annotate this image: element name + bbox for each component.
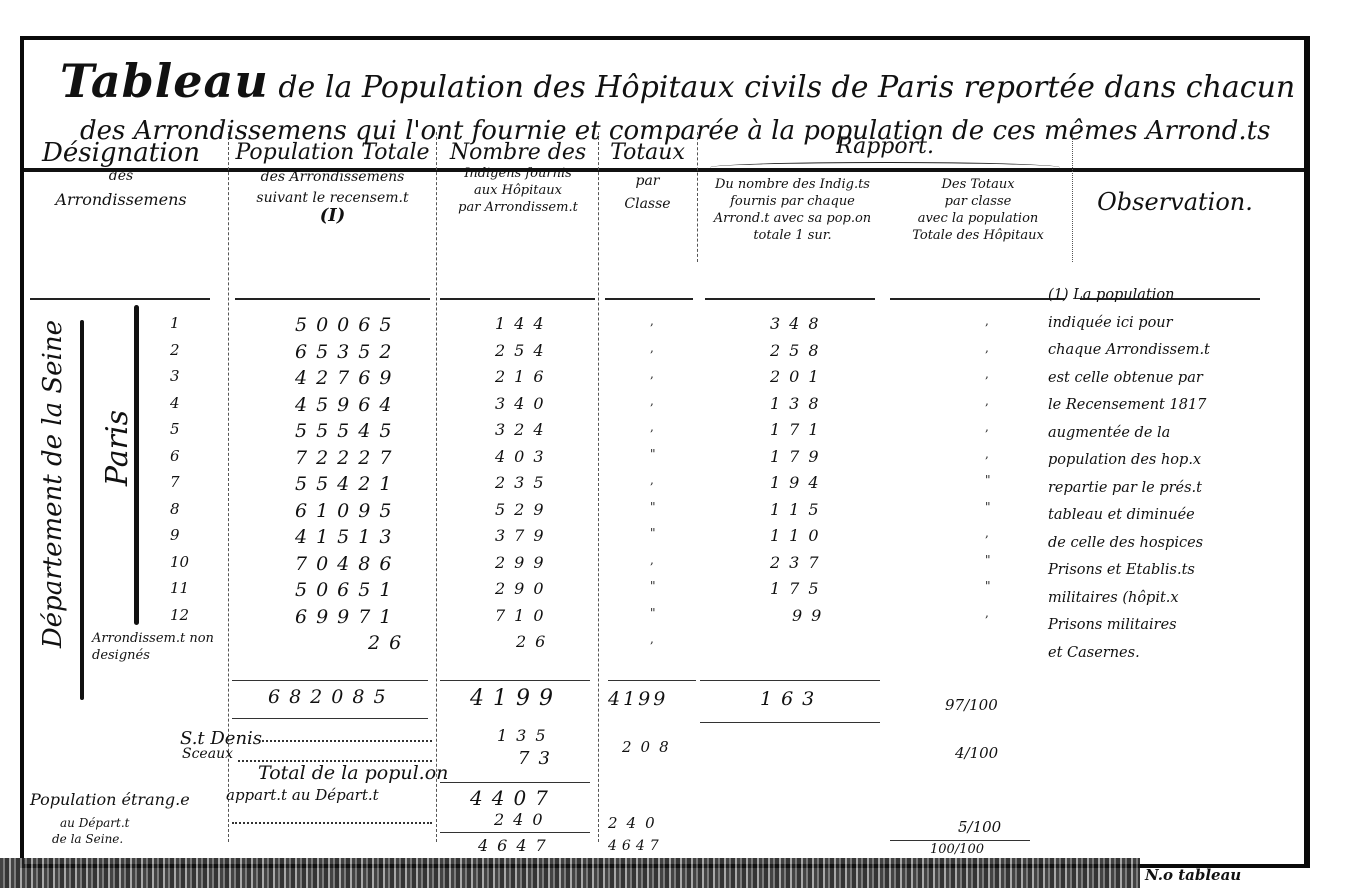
population-value: 61095 [295, 500, 400, 522]
paris-total-population: 682085 [268, 686, 395, 708]
arrondissement-number: 1 [170, 314, 180, 332]
sum-rule [440, 832, 590, 833]
header-nombre-sub1: Indigens fournis [438, 165, 598, 182]
population-value: 55545 [295, 420, 400, 442]
indigens-value: 26 [516, 632, 554, 651]
st-denis-value: 135 [497, 726, 555, 745]
column-divider [697, 132, 698, 262]
label-appartenant-departement: appart.t au Départ.t [226, 786, 379, 804]
grand-total-classe: 4647 [608, 838, 664, 854]
observation-line: (1) La population [1048, 282, 1258, 310]
etrangere-ratio: 5/100 [958, 818, 1001, 836]
label-sceaux: Sceaux [182, 746, 233, 762]
header-nombre-main: Nombre des [438, 140, 598, 165]
classe-mark: , [650, 553, 654, 567]
label-departement-seine: Département de la Seine [38, 320, 68, 648]
arrondissement-number: 6 [170, 447, 180, 465]
indigens-value: 299 [495, 553, 553, 572]
header-rule [890, 298, 1065, 300]
rapport-value: 115 [770, 500, 828, 519]
rapport-col1-line: fournis par chaque [700, 193, 885, 210]
brace-paris [134, 305, 139, 625]
header-designation-main: Désignation [26, 138, 216, 168]
label-au-departement: au Départ.t [60, 816, 129, 830]
rapport-value: 110 [770, 526, 828, 545]
rapport-col2-line: par classe [888, 193, 1068, 210]
arrondissement-number: 4 [170, 394, 180, 412]
paris-total-indigens: 4199 [470, 686, 562, 711]
label-population-etrangere: Population étrang.e [30, 790, 190, 809]
header-totaux-sub2: Classe [600, 196, 695, 213]
indigens-value: 379 [495, 526, 553, 545]
label-total-population: Total de la popul.on [258, 762, 448, 784]
ratio-mark: , [985, 314, 989, 328]
observation-line: Prisons militaires [1048, 612, 1258, 640]
sum-rule [890, 840, 1030, 841]
classe-mark: " [650, 447, 656, 461]
header-designation-sub2: Arrondissemens [26, 191, 216, 208]
observation-line: repartie par le prés.t [1048, 475, 1258, 503]
indigens-value: 216 [495, 367, 553, 386]
classe-mark: , [650, 632, 654, 646]
population-value: 26 [368, 632, 410, 654]
header-rule [235, 298, 430, 300]
brace-departement [80, 320, 84, 700]
observation-line: militaires (hôpit.x [1048, 585, 1258, 613]
title-emphasis: Tableau [60, 54, 269, 108]
rapport-col2-line: Totale des Hôpitaux [888, 227, 1068, 244]
indigens-value: 403 [495, 447, 553, 466]
indigens-value: 235 [495, 473, 553, 492]
column-divider [598, 132, 599, 842]
arrondissement-number: 3 [170, 367, 180, 385]
header-totaux: Totaux par Classe [600, 132, 695, 260]
ratio-mark: , [985, 341, 989, 355]
population-value: 50065 [295, 314, 400, 336]
population-value: 45964 [295, 394, 400, 416]
observation-line: est celle obtenue par [1048, 365, 1258, 393]
ratio-mark: " [985, 500, 991, 514]
label-de-la-seine: de la Seine. [52, 832, 123, 846]
rapport-brace [710, 162, 1060, 173]
header-observation: Observation. [1075, 132, 1275, 260]
grand-total-indigens: 4647 [478, 836, 555, 855]
header-rule [605, 298, 693, 300]
observation-line: le Recensement 1817 [1048, 392, 1258, 420]
ratio-mark: , [985, 367, 989, 381]
scan-edge-artifact [0, 858, 1140, 888]
label-non-designes: Arrondissem.t non designés [92, 630, 227, 664]
header-population-sub1: des Arrondissemens [230, 169, 435, 186]
observation-line: et Casernes. [1048, 640, 1258, 668]
sum-rule [232, 680, 428, 681]
classe-mark: " [650, 606, 656, 620]
arrondissement-number: 10 [170, 553, 189, 571]
ratio-mark: , [985, 447, 989, 461]
document-title: Tableau de la Population des Hôpitaux ci… [60, 54, 1295, 108]
sceaux-value: 73 [518, 748, 559, 769]
classe-mark: , [650, 394, 654, 408]
observation-note: (1) La population indiquée ici pour chaq… [1048, 282, 1258, 667]
classe-mark: , [650, 420, 654, 434]
classe-mark: , [650, 367, 654, 381]
observation-line: augmentée de la [1048, 420, 1258, 448]
classe-mark: " [650, 579, 656, 593]
population-value: 42769 [295, 367, 400, 389]
paris-total-ratio: 97/100 [945, 696, 998, 714]
sum-rule [700, 680, 880, 681]
sum-rule [232, 718, 428, 719]
column-divider [1072, 132, 1073, 262]
total-departement-value: 4407 [470, 786, 557, 810]
classe-mark: , [650, 473, 654, 487]
population-value: 55421 [295, 473, 400, 495]
indigens-value: 710 [495, 606, 553, 625]
population-value: 69971 [295, 606, 400, 628]
etrangere-indigens: 240 [494, 810, 552, 829]
banlieue-classe: 208 [622, 738, 678, 756]
population-value: 50651 [295, 579, 400, 601]
indigens-value: 324 [495, 420, 553, 439]
arrondissement-number: 11 [170, 579, 189, 597]
arrondissement-number: 8 [170, 500, 180, 518]
arrondissement-number: 7 [170, 473, 180, 491]
indigens-value: 254 [495, 341, 553, 360]
rapport-value: 237 [770, 553, 828, 572]
sum-rule [700, 722, 880, 723]
indigens-value: 529 [495, 500, 553, 519]
leader-dots [232, 822, 432, 824]
classe-mark: " [650, 500, 656, 514]
ratio-mark: " [985, 473, 991, 487]
ratio-mark: " [985, 553, 991, 567]
arrondissement-number: 5 [170, 420, 180, 438]
classe-mark: " [650, 526, 656, 540]
title-rest: de la Population des Hôpitaux civils de … [278, 70, 1295, 105]
ratio-mark: " [985, 579, 991, 593]
rapport-col1-line: Arrond.t avec sa pop.on [700, 210, 885, 227]
header-observation-main: Observation. [1075, 188, 1275, 216]
paris-total-classe: 4199 [608, 688, 668, 710]
population-value: 72227 [295, 447, 400, 469]
rapport-value: 179 [770, 447, 828, 466]
observation-line: population des hop.x [1048, 447, 1258, 475]
sum-rule [440, 782, 590, 783]
header-nombre-sub3: par Arrondissem.t [438, 199, 598, 216]
observation-line: indiquée ici pour [1048, 310, 1258, 338]
observation-line: chaque Arrondissem.t [1048, 337, 1258, 365]
label-paris: Paris [100, 410, 135, 486]
banlieue-ratio: 4/100 [955, 744, 998, 762]
rapport-col2-line: avec la population [888, 210, 1068, 227]
header-rapport-main: Rapport. [700, 134, 1070, 159]
sum-rule [608, 680, 696, 681]
population-value: 70486 [295, 553, 400, 575]
header-nombre-sub2: aux Hôpitaux [438, 182, 598, 199]
header-rapport: Rapport. Du nombre des Indig.ts fournis … [700, 132, 1070, 260]
indigens-value: 290 [495, 579, 553, 598]
sum-rule [440, 680, 590, 681]
header-population-main: Population Totale [230, 140, 435, 165]
arrondissement-number: 12 [170, 606, 189, 624]
etrangere-classe: 240 [608, 814, 664, 832]
indigens-value: 144 [495, 314, 553, 333]
population-value: 41513 [295, 526, 400, 548]
classe-mark: , [650, 341, 654, 355]
grand-total-ratio: 100/100 [930, 842, 984, 857]
indigens-value: 340 [495, 394, 553, 413]
rapport-value: 201 [770, 367, 828, 386]
rapport-value: 258 [770, 341, 828, 360]
arrondissement-number: 2 [170, 341, 180, 359]
header-rule [30, 298, 210, 300]
header-population: Population Totale des Arrondissemens sui… [230, 132, 435, 260]
observation-line: de celle des hospices [1048, 530, 1258, 558]
rapport-value: 99 [792, 606, 830, 625]
rapport-col2-line: Des Totaux [888, 176, 1068, 193]
rapport-value: 138 [770, 394, 828, 413]
observation-line: Prisons et Etablis.ts [1048, 557, 1258, 585]
header-totaux-main: Totaux [600, 140, 695, 165]
classe-mark: , [650, 314, 654, 328]
header-rapport-col1: Du nombre des Indig.ts fournis par chaqu… [700, 176, 885, 244]
rapport-value: 194 [770, 473, 828, 492]
column-divider [436, 132, 437, 842]
observation-line: tableau et diminuée [1048, 502, 1258, 530]
header-population-note: (I) [230, 207, 435, 224]
leader-dots [262, 740, 432, 742]
ratio-mark: , [985, 394, 989, 408]
header-rapport-col2: Des Totaux par classe avec la population… [888, 176, 1068, 244]
population-value: 65352 [295, 341, 400, 363]
header-nombre: Nombre des Indigens fournis aux Hôpitaux… [438, 132, 598, 260]
rapport-col1-line: Du nombre des Indig.ts [700, 176, 885, 193]
ratio-mark: , [985, 606, 989, 620]
arrondissement-number: 9 [170, 526, 180, 544]
rapport-value: 175 [770, 579, 828, 598]
rapport-value: 171 [770, 420, 828, 439]
header-totaux-sub1: par [600, 173, 695, 190]
header-designation: Désignation des Arrondissemens [26, 132, 216, 260]
header-rule [440, 298, 595, 300]
header-designation-sub1: des [26, 168, 216, 185]
rapport-value: 348 [770, 314, 828, 333]
paris-total-rapport: 163 [760, 688, 823, 710]
header-rule [705, 298, 875, 300]
ratio-mark: , [985, 420, 989, 434]
rapport-col1-line: totale 1 sur. [700, 227, 885, 244]
footer-note: N.o tableau [1145, 866, 1241, 884]
ratio-mark: , [985, 526, 989, 540]
